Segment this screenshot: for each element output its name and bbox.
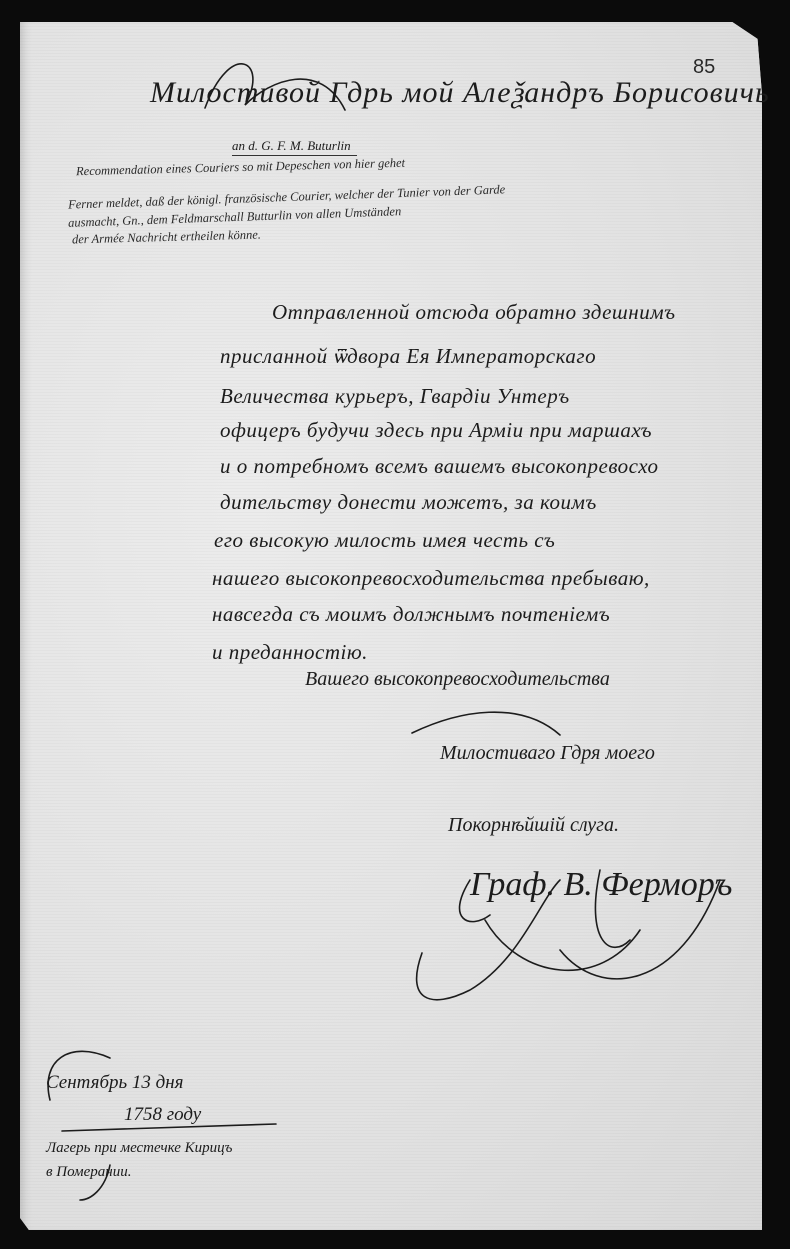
date-line: Сентябрь 13 дня xyxy=(46,1072,184,1094)
body-line: офицеръ будучи здесь при Арміи при марша… xyxy=(220,418,652,443)
body-line: и о потребномъ всемъ вашемъ высокопревос… xyxy=(220,454,659,479)
body-line: его высокую милость имея честь съ xyxy=(214,528,555,553)
closing-line: Милостиваго Гдря моего xyxy=(440,742,655,765)
body-line: Отправленной отсюда обратно здешнимъ xyxy=(272,300,676,325)
date-year: 1758 году xyxy=(124,1104,201,1126)
body-line: и преданностію. xyxy=(212,640,368,665)
body-line: навсегда съ моимъ должнымъ почтеніемъ xyxy=(212,602,610,627)
closing-line: Покорнѣйшій слуга. xyxy=(448,814,619,837)
annotation-heading: an d. G. F. M. Buturlin xyxy=(232,138,357,156)
body-line: Величества курьеръ, Гвардіи Унтеръ xyxy=(220,384,570,409)
location-note: Лагерь при местечке Кирицъ xyxy=(46,1140,232,1157)
signature: Граф. В. Ферморъ xyxy=(470,866,732,904)
location-note: в Померании. xyxy=(46,1164,131,1181)
salutation: Милостивой Гдрь мой Алеѯандръ Борисовичь xyxy=(150,76,770,110)
body-line: присланной ѿдвора Ея Императорскаго xyxy=(220,344,596,369)
closing-line: Вашего высокопревосходительства xyxy=(305,668,610,691)
body-line: нашего высокопревосходительства пребываю… xyxy=(212,566,650,591)
body-line: дительству донести можетъ, за коимъ xyxy=(220,490,597,515)
